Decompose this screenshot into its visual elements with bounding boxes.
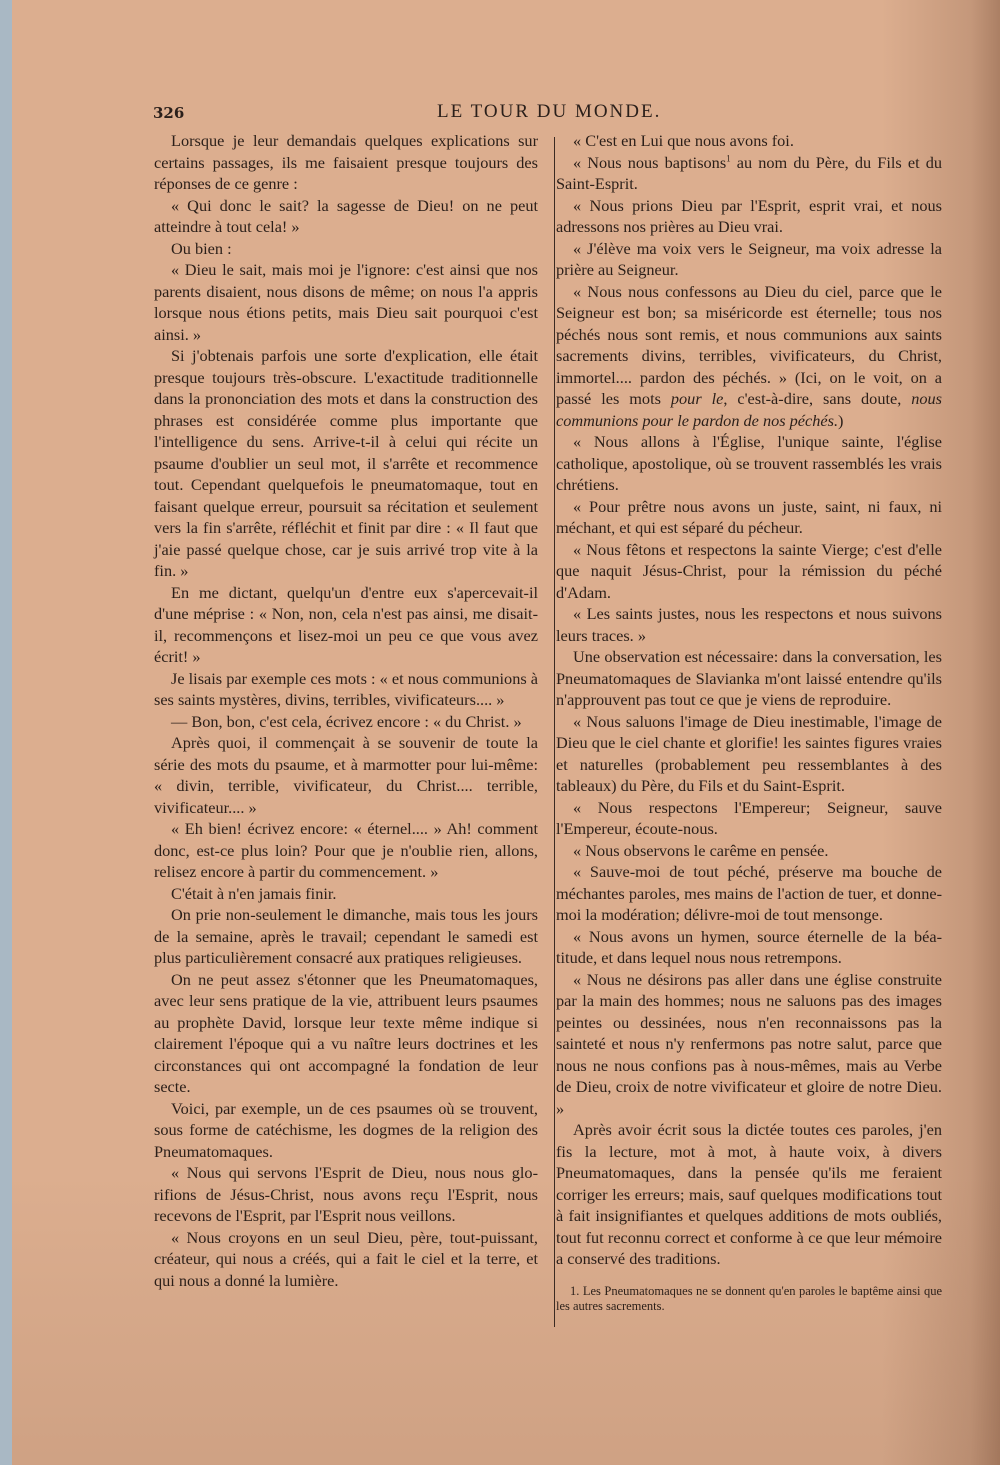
paragraph: — Bon, bon, c'est cela, écrivez encore :… (154, 711, 538, 733)
paragraph: Si j'obtenais parfois une sorte d'explic… (154, 345, 538, 582)
paragraph: Je lisais par exemple ces mots : « et no… (154, 668, 538, 711)
italic-text: pour le (671, 389, 723, 408)
text: ) (838, 411, 843, 430)
paragraph: « Qui donc le sait? la sagesse de Dieu! … (154, 195, 538, 238)
page-number: 326 (153, 104, 184, 122)
paragraph: « Nous nous baptisons1 au nom du Père, d… (556, 152, 942, 195)
paragraph: « J'élève ma voix vers le Seigneur, ma v… (556, 238, 942, 281)
paragraph: « Les saints justes, nous les respectons… (556, 603, 942, 646)
paragraph: « Nous croyons en un seul Dieu, père, to… (154, 1227, 538, 1292)
paragraph: On ne peut assez s'étonner que les Pneum… (154, 969, 538, 1098)
paragraph: « Nous observons le carême en pensée. (556, 840, 942, 862)
paragraph: « Nous allons à l'Église, l'unique saint… (556, 431, 942, 496)
column-divider (554, 137, 555, 1327)
running-title: LE TOUR DU MONDE. (437, 101, 661, 123)
paragraph: « C'est en Lui que nous avons foi. (556, 130, 942, 152)
paragraph: « Sauve-moi de tout péché, préserve ma b… (556, 861, 942, 926)
paragraph: « Dieu le sait, mais moi je l'ignore: c'… (154, 259, 538, 345)
paragraph: En me dictant, quelqu'un d'entre eux s'a… (154, 582, 538, 668)
paragraph: Voici, par exemple, un de ces psaumes où… (154, 1098, 538, 1163)
paragraph: « Pour prêtre nous avons un juste, saint… (556, 496, 942, 539)
paragraph: « Nous prions Dieu par l'Esprit, esprit … (556, 195, 942, 238)
paragraph: On prie non-seulement le dimanche, mais … (154, 904, 538, 969)
paragraph: « Nous fêtons et respectons la sainte Vi… (556, 539, 942, 604)
right-column: « C'est en Lui que nous avons foi. « Nou… (556, 130, 942, 1314)
paragraph: Lorsque je leur demandais quelques expli… (154, 130, 538, 195)
paragraph: C'était à n'en jamais finir. (154, 883, 538, 905)
left-column: Lorsque je leur demandais quelques expli… (154, 130, 538, 1291)
paragraph: Une observation est nécessaire: dans la … (556, 646, 942, 711)
paragraph: Après quoi, il commençait à se souvenir … (154, 732, 538, 818)
footnote-text: 1. Les Pneumatomaques ne se donnent qu'e… (556, 1284, 942, 1314)
paragraph: « Nous ne désirons pas aller dans une ég… (556, 969, 942, 1120)
footnote: 1. Les Pneumatomaques ne se donnent qu'e… (556, 1284, 942, 1314)
text: « Nous nous baptisons (573, 153, 726, 172)
paragraph: « Nous saluons l'image de Dieu inestimab… (556, 711, 942, 797)
paragraph: « Nous avons un hymen, source éternelle … (556, 926, 942, 969)
page: 326 LE TOUR DU MONDE. Lorsque je leur de… (12, 0, 1000, 1465)
text: , c'est-à-dire, sans doute, (723, 389, 911, 408)
paragraph: « Nous qui servons l'Esprit de Dieu, nou… (154, 1162, 538, 1227)
paragraph: « Nous respectons l'Empereur; Seigneur, … (556, 797, 942, 840)
paragraph: Après avoir écrit sous la dictée toutes … (556, 1119, 942, 1270)
paragraph: « Nous nous confessons au Dieu du ciel, … (556, 281, 942, 432)
paragraph: Ou bien : (154, 238, 538, 260)
paragraph: « Eh bien! écrivez encore: « éternel....… (154, 818, 538, 883)
